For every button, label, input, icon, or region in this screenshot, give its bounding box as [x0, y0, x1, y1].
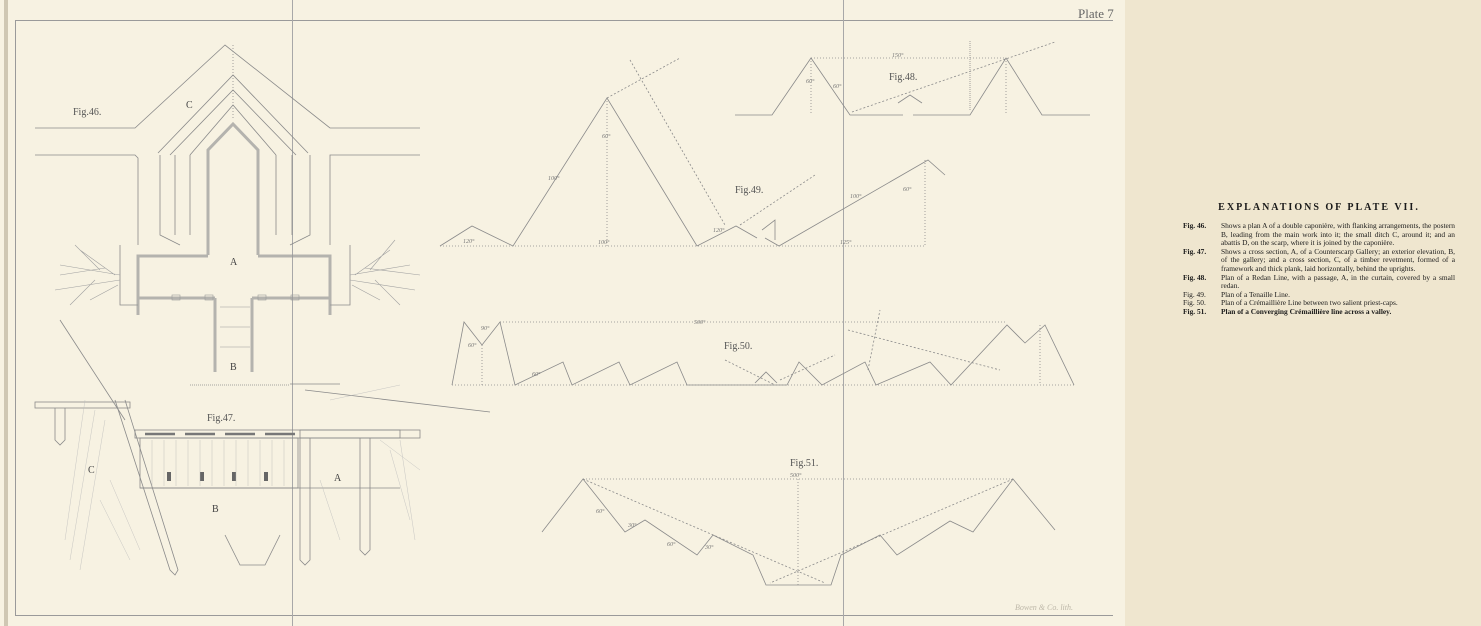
engraved-plate: Plate 7	[0, 0, 1125, 626]
dimension-label: 60°	[602, 133, 611, 140]
explanations-title: EXPLANATIONS OF PLATE VII.	[1183, 202, 1455, 213]
dimension-label: 60°	[667, 541, 676, 548]
fig47-gallery-section	[35, 320, 490, 575]
dimension-label: 120°	[713, 227, 725, 234]
explanation-entry: Fig. 47. Shows a cross section, A, of a …	[1183, 248, 1455, 274]
dimension-label: 500°	[694, 319, 706, 326]
dimension-label: 120°	[463, 238, 475, 245]
fig46-letter-b: B	[230, 362, 237, 373]
dimension-label: 30°	[627, 522, 637, 529]
dimension-label: 30°	[704, 544, 714, 551]
explanation-entry: Fig. 48. Plan of a Redan Line, with a pa…	[1183, 274, 1455, 291]
fig50-label: Fig.50.	[724, 341, 752, 352]
entry-figure-number: Fig. 46.	[1183, 222, 1221, 248]
dimension-label: 60°	[596, 508, 605, 515]
engraver-signature: Bowen & Co. lith.	[1015, 603, 1073, 612]
fig46-letter-a: A	[230, 257, 238, 268]
dimension-label: 100°	[548, 175, 560, 182]
fig46-letter-c: C	[186, 100, 193, 111]
dimension-label: 125°	[840, 239, 852, 246]
fig47-letter-a: A	[334, 473, 342, 484]
explanations-panel: EXPLANATIONS OF PLATE VII. Fig. 46. Show…	[1183, 202, 1455, 317]
fig49-label: Fig.49.	[735, 185, 763, 196]
entry-figure-number: Fig. 51.	[1183, 308, 1221, 317]
dimension-label: 90°	[481, 325, 490, 332]
entry-figure-number: Fig. 47.	[1183, 248, 1221, 274]
dimension-label: 60°	[468, 342, 477, 349]
entry-figure-number: Fig. 48.	[1183, 274, 1221, 291]
fig47-label: Fig.47.	[207, 413, 235, 424]
fig49-tenaille-line	[440, 58, 945, 246]
dimension-label: 60°	[806, 78, 815, 85]
explanation-entry: Fig. 46. Shows a plan A of a double capo…	[1183, 222, 1455, 248]
fig46-label: Fig.46.	[73, 107, 101, 118]
fig51-label: Fig.51.	[790, 458, 818, 469]
fig47-letter-c: C	[88, 465, 95, 476]
fig51-converging-cremailliere	[542, 479, 1055, 585]
fig50-cremailliere-line	[452, 310, 1074, 385]
entry-text: Shows a plan A of a double caponière, wi…	[1221, 222, 1455, 248]
entry-text: Plan of a Redan Line, with a passage, A,…	[1221, 274, 1455, 291]
abattis	[55, 240, 420, 305]
dimension-label: 500°	[790, 472, 802, 479]
dimension-label: 150°	[892, 52, 904, 59]
dimension-label: 60°	[903, 186, 912, 193]
dimension-label: 60°	[532, 371, 541, 378]
dimension-label: 100°	[598, 239, 610, 246]
dimension-label: 100°	[850, 193, 862, 200]
fig47-letter-b: B	[212, 504, 219, 515]
plate-drawings: Fig.46. C A B Fig.47. C A B Fig.48. 60° …	[0, 0, 1125, 626]
fig46-caponiere-plan	[35, 45, 420, 305]
dimension-label: 60°	[833, 83, 842, 90]
entry-text: Plan of a Converging Crémaillière line a…	[1221, 308, 1455, 317]
entry-text: Shows a cross section, A, of a Countersc…	[1221, 248, 1455, 274]
explanation-entry: Fig. 51. Plan of a Converging Crémailliè…	[1183, 308, 1455, 317]
fig48-label: Fig.48.	[889, 72, 917, 83]
